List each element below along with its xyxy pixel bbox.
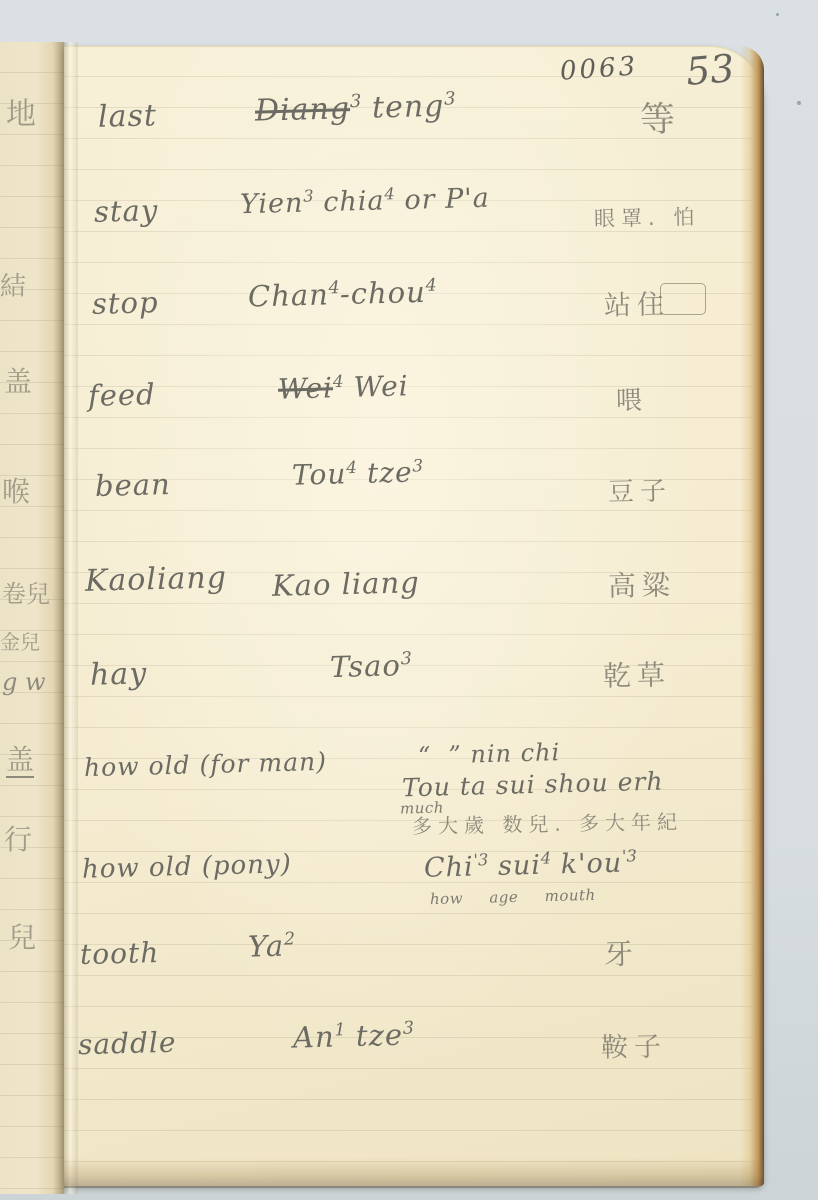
english-word: bean xyxy=(95,470,171,501)
romanization: “ ” nin chi xyxy=(418,740,561,768)
dust-speckle xyxy=(776,13,779,16)
margin-glyph: g w xyxy=(2,670,46,694)
notebook-photo: 地結盖喉卷兒金兒g w盖行兒 0063 53 lastDiang3 teng3等… xyxy=(0,0,818,1200)
chinese-annotation: 多大歲 数兒. 多大年紀 xyxy=(412,811,683,839)
dust-speckle xyxy=(797,101,801,105)
english-word: hay xyxy=(90,659,148,690)
chinese-characters: 乾草 xyxy=(603,659,672,692)
english-word: stop xyxy=(92,288,159,319)
english-word: feed xyxy=(88,380,156,411)
binding-crease xyxy=(52,42,78,1194)
margin-glyph: 地 xyxy=(6,100,36,130)
romanization: Tou4 tze3 xyxy=(292,458,424,489)
romanization: Wei4 Wei xyxy=(278,372,409,403)
romanization: Diang3 teng3 xyxy=(255,91,457,126)
chinese-characters: 眼罩. 怕 xyxy=(594,205,701,231)
margin-glyph: 盖 xyxy=(4,368,32,396)
romanization: Chi'3 sui4 k'ou'3 xyxy=(424,849,638,882)
romanization: Yien3 chia4 or P'a xyxy=(240,185,490,219)
margin-glyph: 結 xyxy=(0,274,26,300)
chinese-characters: 喂 xyxy=(616,387,649,417)
margin-glyph: 行 xyxy=(4,826,32,854)
english-word: how old (pony) xyxy=(82,851,292,882)
margin-glyph: 喉 xyxy=(2,478,30,506)
english-word: how old (for man) xyxy=(84,749,327,780)
romanization: Ya2 xyxy=(248,931,296,961)
chinese-characters: 等 xyxy=(640,100,682,141)
english-word: tooth xyxy=(80,939,160,969)
chinese-characters: 鞍子 xyxy=(601,1031,668,1063)
margin-glyph: 金兒 xyxy=(0,632,40,652)
romanization: An1 tze3 xyxy=(293,1020,415,1052)
romanization: Chan4-chou4 xyxy=(248,278,438,312)
romanization: Kao liang xyxy=(272,568,420,601)
gloss-annotation: how age mouth xyxy=(430,888,596,907)
english-word: stay xyxy=(94,196,159,227)
romanization: Tsao3 xyxy=(330,651,413,682)
romanization-line2: Tou ta sui shou erh xyxy=(402,769,664,801)
margin-glyph: 盖 xyxy=(6,746,34,778)
english-word: last xyxy=(98,101,158,133)
chinese-characters: 豆子 xyxy=(608,477,673,508)
margin-glyph: 卷兒 xyxy=(2,582,50,606)
english-word: Kaoliang xyxy=(85,563,228,597)
pencil-box-mark xyxy=(660,283,706,315)
page-bottom-edge xyxy=(64,1158,764,1188)
scan-number: 0063 xyxy=(559,51,639,86)
chinese-characters: 高粱 xyxy=(608,569,677,602)
page-right-edge xyxy=(740,46,764,1186)
chinese-characters: 牙 xyxy=(604,938,640,972)
english-word: saddle xyxy=(78,1029,177,1060)
margin-glyph: 兒 xyxy=(8,924,36,952)
page-number: 53 xyxy=(684,46,736,94)
